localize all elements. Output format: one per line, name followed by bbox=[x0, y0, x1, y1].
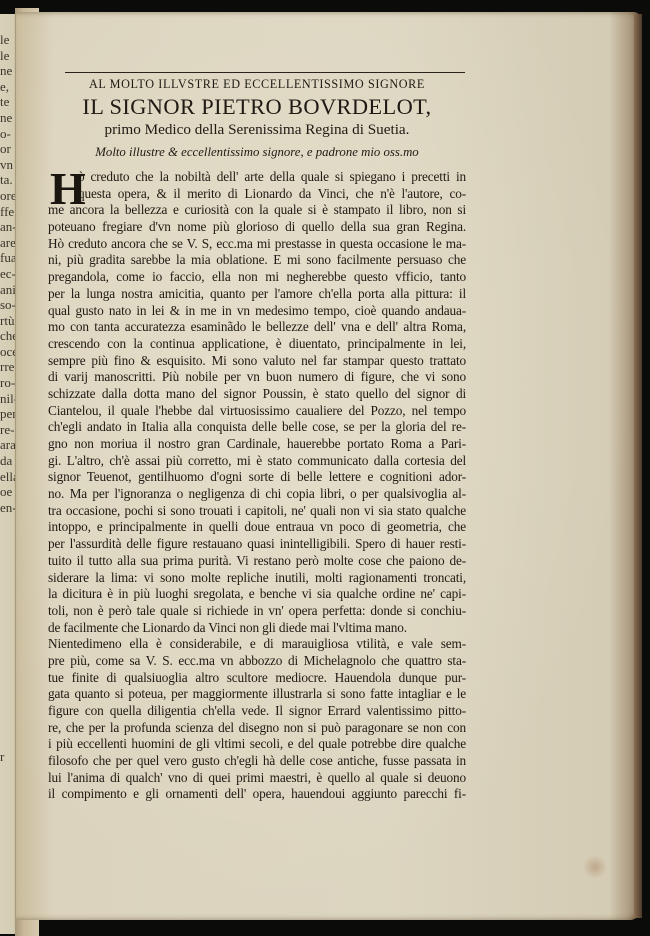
text-line: mo con tanta accuratezza esaminãdo le be… bbox=[48, 319, 466, 336]
text-line: filosofo che per quel vero gusto ch'egli… bbox=[48, 753, 466, 770]
text-line: crescendo con la continua applicatione, … bbox=[48, 336, 466, 353]
text-line: intoppo, e principalmente in quelli doue… bbox=[48, 519, 466, 536]
text-line: qual gusto nato in lei & in me in vn med… bbox=[48, 303, 466, 320]
dedication-text-block: AL MOLTO ILLVSTRE ED ECCELLENTISSIMO SIG… bbox=[48, 72, 466, 803]
text-line: tuito il tutto alla sua prima purità. Vi… bbox=[48, 553, 466, 570]
text-line: schizzate dalla dotta mano del signor Po… bbox=[48, 386, 466, 403]
text-line: lui l'anima di qualch' vno di quei primi… bbox=[48, 770, 466, 787]
text-line: ni, più gradita sarebbe la mia oblatione… bbox=[48, 252, 466, 269]
letter-lines: ò creduto che la nobiltà dell' arte dell… bbox=[48, 169, 466, 803]
text-line: Ciantelou, il quale l'hebbe dal virtuosi… bbox=[48, 403, 466, 420]
addressee-role: primo Medico della Serenissima Regina di… bbox=[48, 119, 466, 141]
text-line: sempre più fino & esquisito. Mi sono val… bbox=[48, 353, 466, 370]
text-line: no. Ma per l'ignoranza o negligenza di c… bbox=[48, 486, 466, 503]
text-line: pregandola, come io faccio, ella non mi … bbox=[48, 269, 466, 286]
text-line: questa opera, & il merito di Lionardo da… bbox=[48, 186, 466, 203]
text-line: signor Teuenot, gentilhuomo d'ogni sorte… bbox=[48, 469, 466, 486]
text-line: gno non moriua il nostro gran Cardinale,… bbox=[48, 436, 466, 453]
text-line: Nientedimeno ella è considerabile, e di … bbox=[48, 636, 466, 653]
drop-cap: H bbox=[50, 170, 86, 208]
text-line: toli, non è però tale quale si richiede … bbox=[48, 603, 466, 620]
text-line: poteuano fregiare d'vn nome più glorioso… bbox=[48, 219, 466, 236]
text-line: ch'egli andato in Italia alla conquista … bbox=[48, 419, 466, 436]
text-line: gi. L'altro, ch'è assai più corretto, mi… bbox=[48, 453, 466, 470]
text-line: di varij manoscritti. Più nobile per vn … bbox=[48, 369, 466, 386]
text-line: siderare la lima: vi sono molte repliche… bbox=[48, 570, 466, 587]
text-line: il compimento e gli ornamenti dell' oper… bbox=[48, 786, 466, 803]
text-line: de facilmente che Lionardo da Vinci non … bbox=[48, 620, 466, 637]
text-line: tue finite di qualsiuoglia altro scultor… bbox=[48, 670, 466, 687]
addressee-title: IL SIGNOR PIETRO BOVRDELOT, bbox=[48, 95, 466, 119]
header-rule bbox=[65, 72, 465, 73]
dedication-line: AL MOLTO ILLVSTRE ED ECCELLENTISSIMO SIG… bbox=[48, 75, 466, 93]
text-line: gata quanto si poteua, per maggiormente … bbox=[48, 686, 466, 703]
text-line: figure con quella diligentia ch'ella ved… bbox=[48, 703, 466, 720]
text-line: la dicitura è in più luoghi sregolata, e… bbox=[48, 586, 466, 603]
text-line: Hò creduto ancora che se V. S, ecc.ma mi… bbox=[48, 236, 466, 253]
text-line: re, che per la profunda scienza del dise… bbox=[48, 720, 466, 737]
letter-body: H ò creduto che la nobiltà dell' arte de… bbox=[48, 169, 466, 803]
page-stain bbox=[584, 854, 606, 880]
page-fore-edge bbox=[634, 14, 642, 918]
text-line: tra occasione, pochi si sono trouati i c… bbox=[48, 503, 466, 520]
text-line: per l'assurdità delle figure restauano q… bbox=[48, 536, 466, 553]
text-line: per la lunga nostra amicitia, quanto per… bbox=[48, 286, 466, 303]
text-line: me ancora la bellezza e curiosità con la… bbox=[48, 202, 466, 219]
text-line: i più eccellenti huomini de gli vltimi s… bbox=[48, 736, 466, 753]
salutation: Molto illustre & eccellentissimo signore… bbox=[48, 141, 466, 163]
text-line: pre più, come sa V. S. ecc.ma vn abbozzo… bbox=[48, 653, 466, 670]
text-line: ò creduto che la nobiltà dell' arte dell… bbox=[48, 169, 466, 186]
